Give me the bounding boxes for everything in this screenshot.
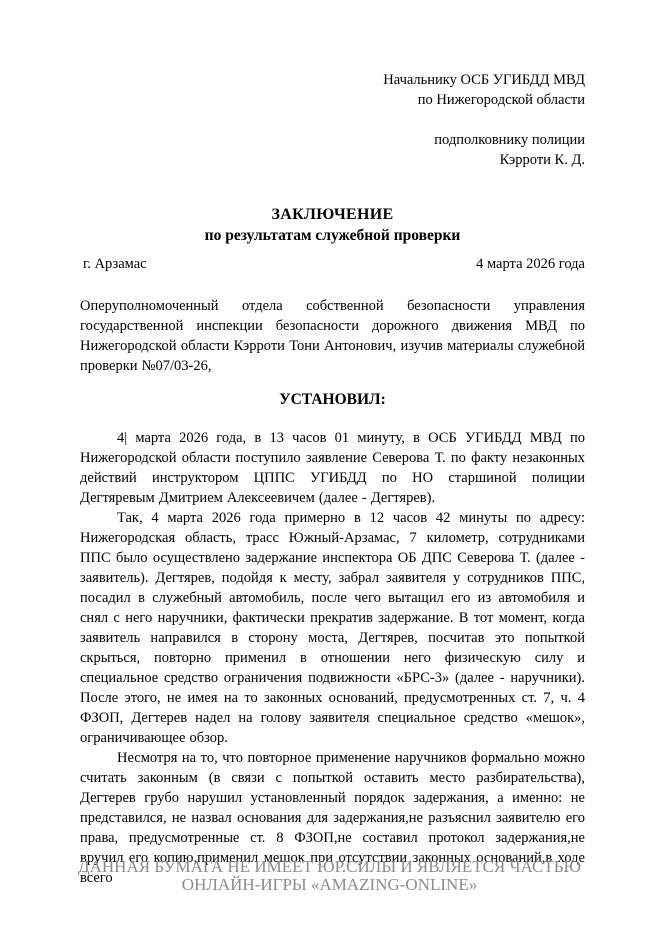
addressee-line: по Нижегородской области	[80, 90, 585, 110]
addressee-name-line: Кэрроти К. Д.	[80, 150, 585, 170]
place-date-row: г. Арзамас 4 марта 2026 года	[80, 254, 585, 274]
addressee-line: Начальнику ОСБ УГИБДД МВД	[80, 70, 585, 90]
intro-paragraph: Оперуполномоченный отдела собственной бе…	[80, 296, 585, 376]
document-text-area[interactable]: Начальнику ОСБ УГИБДД МВД по Нижегородск…	[80, 70, 585, 888]
footer-line: ОНЛАЙН-ИГРЫ «AMAZING-ONLINE»	[0, 876, 659, 894]
addressee-block: Начальнику ОСБ УГИБДД МВД по Нижегородск…	[80, 70, 585, 170]
document-title: ЗАКЛЮЧЕНИЕ	[80, 204, 585, 225]
disclaimer-footer: ДАННАЯ БУМАГА НЕ ИМЕЕТ ЮР.СИЛЫ И ЯВЛЯЕТС…	[0, 858, 659, 893]
date-label: 4 марта 2026 года	[476, 254, 585, 274]
document-subtitle: по результатам служебной проверки	[80, 225, 585, 246]
title-block: ЗАКЛЮЧЕНИЕ по результатам служебной пров…	[80, 204, 585, 246]
footer-line: ДАННАЯ БУМАГА НЕ ИМЕЕТ ЮР.СИЛЫ И ЯВЛЯЕТС…	[0, 858, 659, 876]
place-label: г. Арзамас	[83, 254, 147, 274]
body-paragraph: Так, 4 марта 2026 года примерно в 12 час…	[80, 508, 585, 748]
finding-heading: УСТАНОВИЛ:	[80, 390, 585, 410]
addressee-rank-line: подполковнику полиции	[80, 130, 585, 150]
body-paragraph: 4| марта 2026 года, в 13 часов 01 минуту…	[80, 428, 585, 508]
document-page: Начальнику ОСБ УГИБДД МВД по Нижегородск…	[0, 0, 659, 932]
